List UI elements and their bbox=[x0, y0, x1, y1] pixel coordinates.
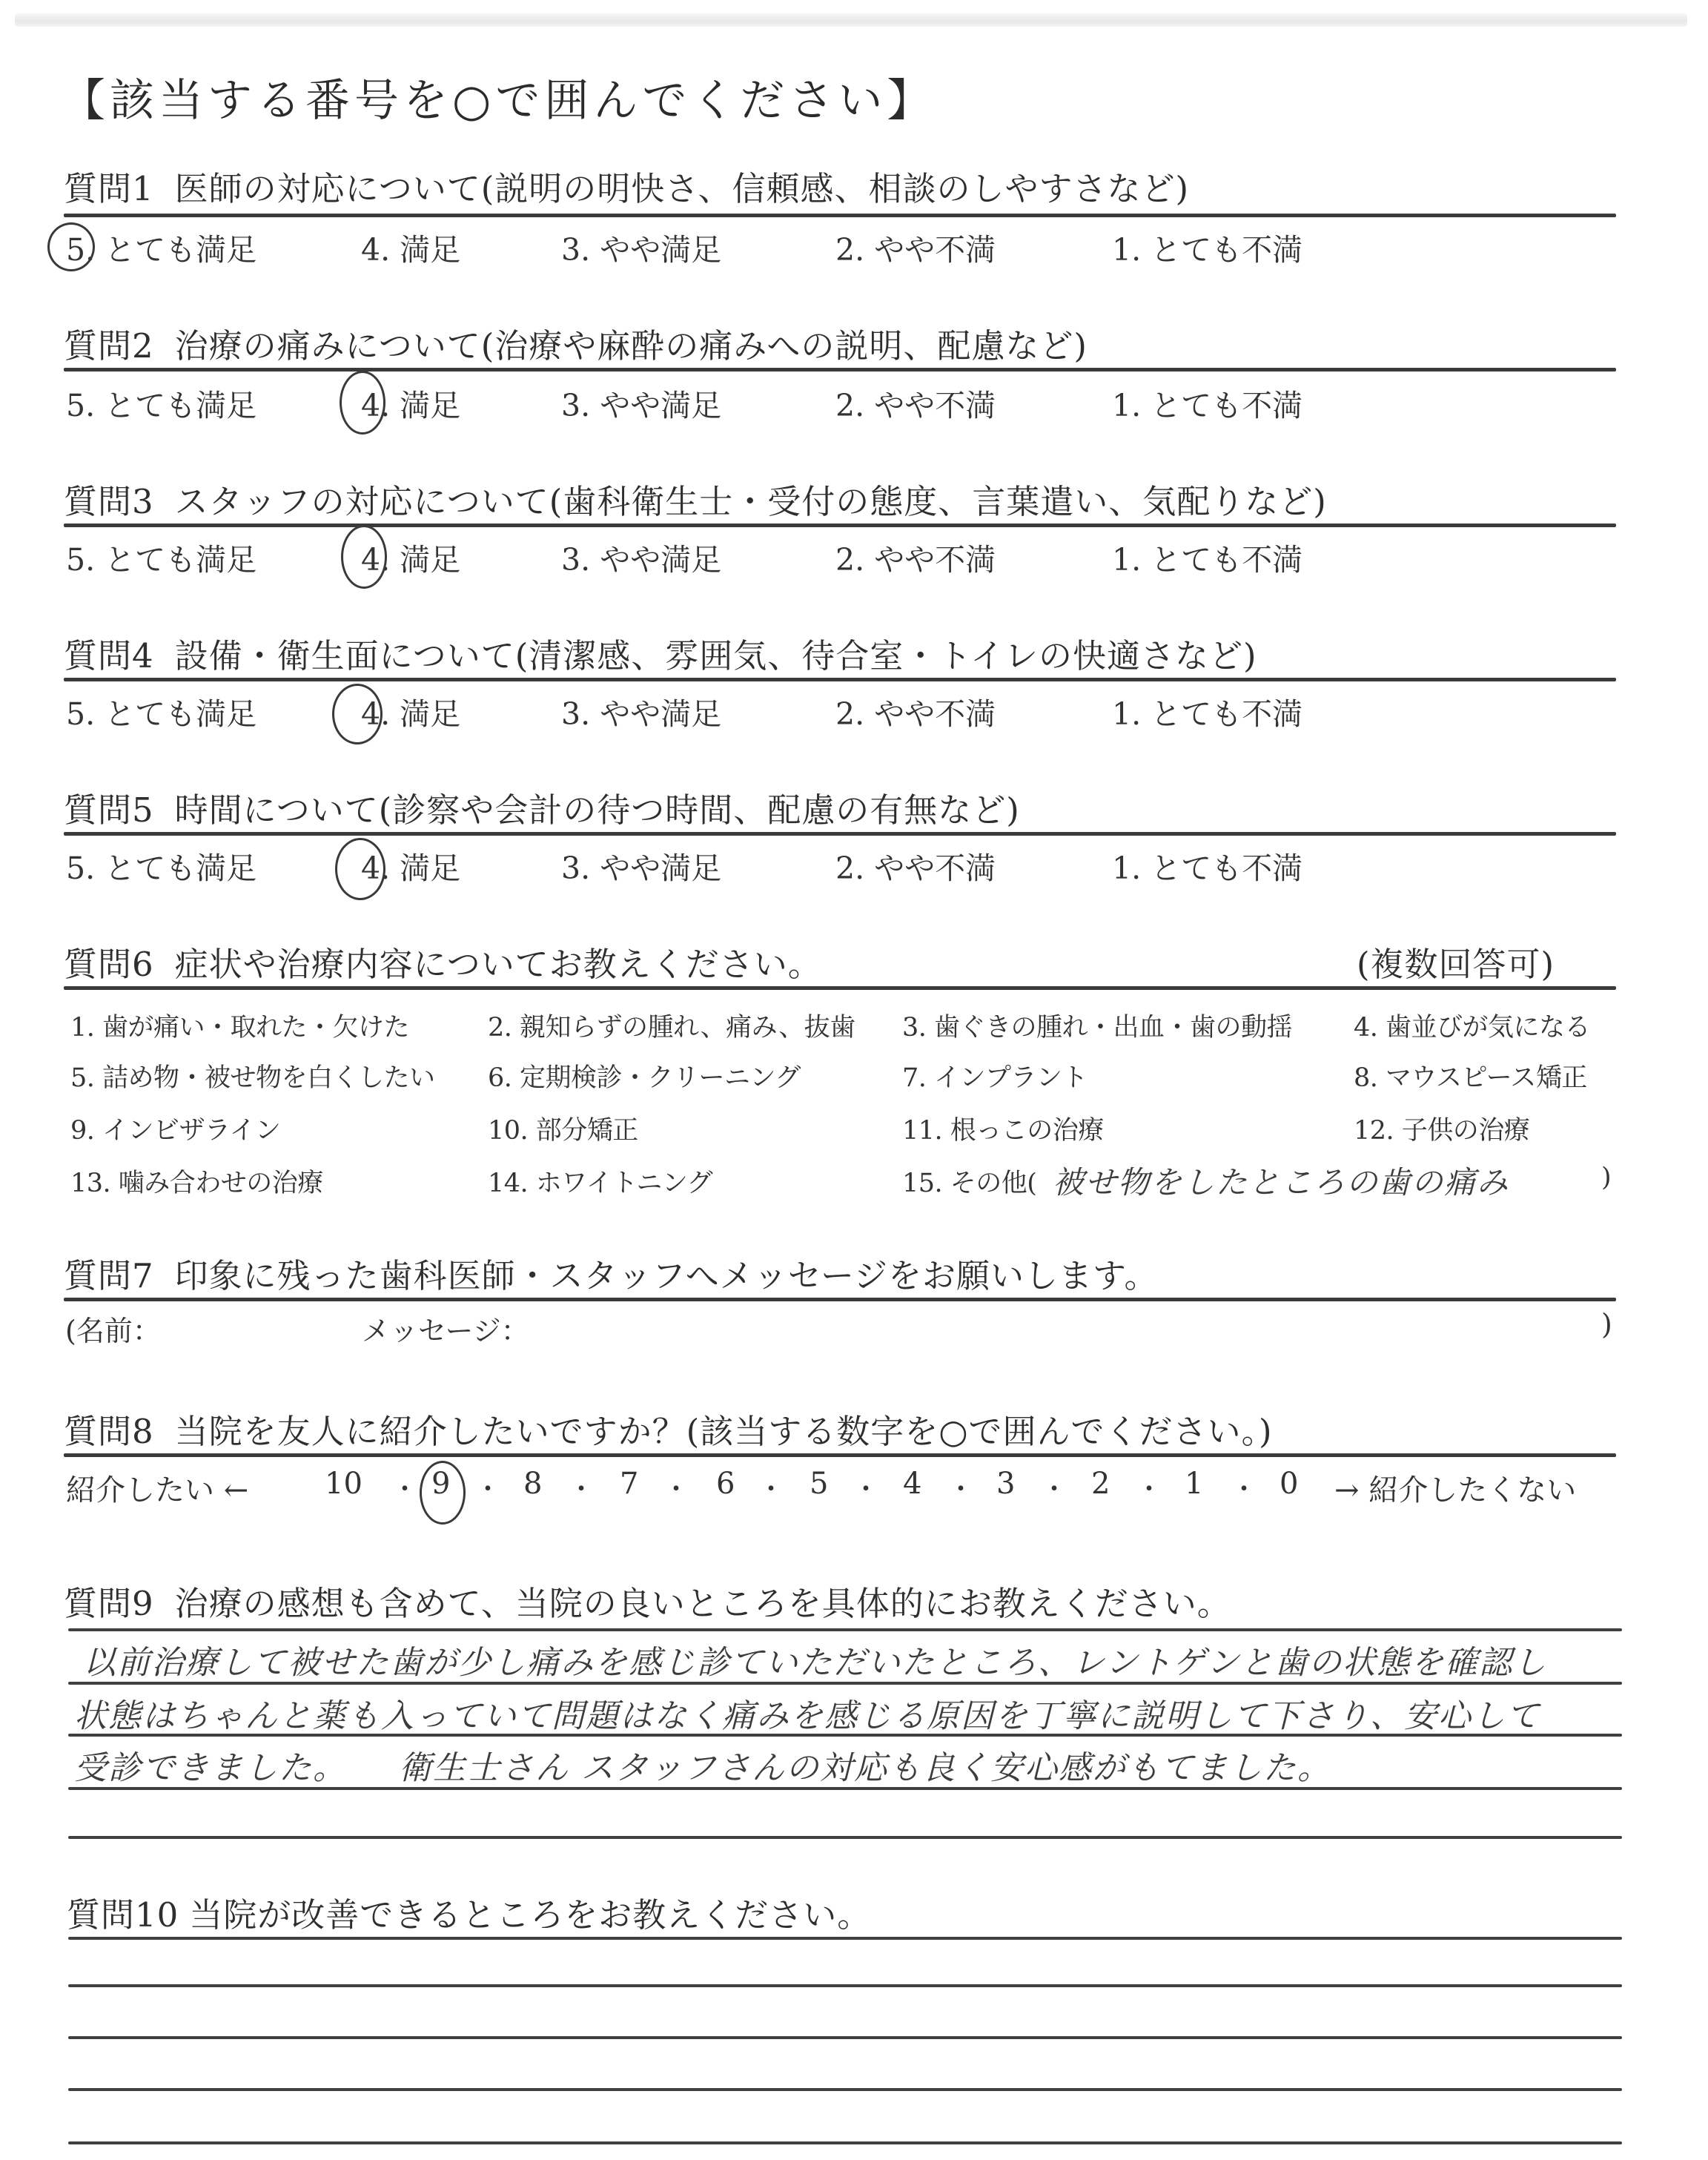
q4-option-5[interactable]: 5. とても満足 bbox=[66, 690, 256, 733]
question-3-number: 質問3 bbox=[64, 482, 154, 521]
q2-option-5[interactable]: 5. とても満足 bbox=[66, 381, 256, 425]
question-2-text: 治療の痛みについて(治療や麻酔の痛みへの説明、配慮など) bbox=[175, 326, 1088, 366]
q1-option-3[interactable]: 3. やや満足 bbox=[561, 225, 721, 269]
separator-dot: ・ bbox=[474, 1468, 501, 1506]
question-2-heading: 質問2治療の痛みについて(治療や麻酔の痛みへの説明、配慮など) bbox=[64, 319, 1088, 367]
q4-selected-circle-mark bbox=[332, 684, 383, 744]
q6-item-7[interactable]: 7. インプラント bbox=[902, 1057, 1088, 1094]
q6-item-11[interactable]: 11. 根っこの治療 bbox=[902, 1110, 1104, 1147]
q6-item-15-other[interactable]: 15. その他( bbox=[902, 1163, 1036, 1200]
q5-option-2[interactable]: 2. やや不満 bbox=[835, 844, 996, 888]
question-5-heading: 質問5時間について(診察や会計の待つ時間、配慮の有無など) bbox=[64, 783, 1020, 831]
q9-answer-line bbox=[68, 1682, 1622, 1685]
question-6-text: 症状や治療内容についてお教えください。 bbox=[175, 945, 822, 984]
q9-answer-line bbox=[68, 1836, 1622, 1839]
q9-answer-line bbox=[68, 1734, 1622, 1737]
q8-score-2[interactable]: 2 bbox=[1091, 1467, 1110, 1501]
q5-option-1[interactable]: 1. とても不満 bbox=[1112, 844, 1302, 888]
question-7-rule bbox=[64, 1298, 1616, 1301]
q5-option-3[interactable]: 3. やや満足 bbox=[561, 844, 721, 888]
question-8-text: 当院を友人に紹介したいですか？(該当する数字を○で囲んでください。) bbox=[175, 1412, 1273, 1451]
question-10-heading: 質問10当院が改善できるところをお教えください。 bbox=[67, 1888, 871, 1936]
q3-option-5[interactable]: 5. とても満足 bbox=[66, 535, 256, 579]
separator-dot: ・ bbox=[853, 1468, 879, 1506]
q6-item-8[interactable]: 8. マウスピース矯正 bbox=[1354, 1057, 1587, 1094]
question-10-number: 質問10 bbox=[67, 1895, 179, 1935]
question-7-text: 印象に残った歯科医師・スタッフへメッセージをお願いします。 bbox=[175, 1256, 1159, 1295]
question-6-heading: 質問6症状や治療内容についてお教えください。 bbox=[64, 937, 822, 985]
q6-other-handwritten-answer[interactable]: 被せ物をしたところの歯の痛み bbox=[1053, 1158, 1509, 1203]
q7-message-field[interactable] bbox=[549, 1305, 1586, 1342]
question-8-number: 質問8 bbox=[64, 1412, 154, 1451]
separator-dot: ・ bbox=[391, 1468, 418, 1506]
separator-dot: ・ bbox=[568, 1468, 595, 1506]
q6-item-6[interactable]: 6. 定期検診・クリーニング bbox=[488, 1057, 801, 1094]
form-title: 【該当する番号を○で囲んでください】 bbox=[61, 65, 936, 129]
q6-item-12[interactable]: 12. 子供の治療 bbox=[1354, 1110, 1529, 1147]
q10-answer-line[interactable] bbox=[68, 1937, 1622, 1940]
scan-top-edge bbox=[15, 13, 1687, 27]
separator-dot: ・ bbox=[663, 1468, 689, 1506]
question-3-rule bbox=[64, 524, 1616, 527]
q8-right-label: → 紹介したくない bbox=[1334, 1467, 1576, 1509]
question-1-text: 医師の対応について(説明の明快さ、信頼感、相談のしやすさなど) bbox=[175, 169, 1189, 208]
separator-dot: ・ bbox=[1231, 1468, 1257, 1506]
q6-item-1[interactable]: 1. 歯が痛い・取れた・欠けた bbox=[70, 1007, 409, 1044]
q8-score-6[interactable]: 6 bbox=[716, 1467, 735, 1501]
q1-option-4[interactable]: 4. 満足 bbox=[361, 225, 460, 269]
q10-answer-line[interactable] bbox=[68, 2036, 1622, 2039]
q1-option-2[interactable]: 2. やや不満 bbox=[835, 225, 996, 269]
question-9-text: 治療の感想も含めて、当院の良いところを具体的にお教えください。 bbox=[175, 1584, 1231, 1623]
q6-item-10[interactable]: 10. 部分矯正 bbox=[488, 1110, 638, 1147]
separator-dot: ・ bbox=[947, 1468, 974, 1506]
question-5-number: 質問5 bbox=[64, 790, 154, 830]
question-7-number: 質問7 bbox=[64, 1256, 154, 1295]
q8-score-7[interactable]: 7 bbox=[620, 1467, 638, 1501]
q8-score-4[interactable]: 4 bbox=[903, 1467, 921, 1501]
question-2-rule bbox=[64, 368, 1616, 371]
q1-selected-circle-mark bbox=[47, 222, 95, 271]
q9-answer-line-2[interactable]: 状態はちゃんと薬も入っていて問題はなく痛みを感じる原因を丁寧に説明して下さり、安… bbox=[74, 1689, 1540, 1737]
q6-item-2[interactable]: 2. 親知らずの腫れ、痛み、抜歯 bbox=[488, 1007, 855, 1044]
q8-score-1[interactable]: 1 bbox=[1185, 1467, 1203, 1501]
question-4-number: 質問4 bbox=[64, 636, 154, 676]
question-3-heading: 質問3スタッフの対応について(歯科衛生士・受付の態度、言葉遣い、気配りなど) bbox=[64, 475, 1327, 523]
question-6-number: 質問6 bbox=[64, 945, 154, 984]
question-4-text: 設備・衛生面について(清潔感、雰囲気、待合室・トイレの快適さなど) bbox=[175, 636, 1257, 676]
q2-option-1[interactable]: 1. とても不満 bbox=[1112, 381, 1302, 425]
q3-selected-circle-mark bbox=[341, 525, 387, 589]
q9-answer-line bbox=[68, 1628, 1622, 1631]
q9-answer-line-3[interactable]: 受診できました。 衛生士さん スタッフさんの対応も良く安心感がもてました。 bbox=[74, 1741, 1331, 1789]
question-1-number: 質問1 bbox=[64, 169, 154, 208]
q4-option-2[interactable]: 2. やや不満 bbox=[835, 690, 996, 733]
q10-answer-line[interactable] bbox=[68, 2141, 1622, 2144]
question-1-rule bbox=[64, 214, 1616, 217]
q7-close-paren: ) bbox=[1601, 1308, 1612, 1341]
question-6-rule bbox=[64, 986, 1616, 990]
separator-dot: ・ bbox=[758, 1468, 784, 1506]
q8-score-8[interactable]: 8 bbox=[523, 1467, 542, 1501]
q5-option-5[interactable]: 5. とても満足 bbox=[66, 844, 256, 888]
q3-option-2[interactable]: 2. やや不満 bbox=[835, 535, 996, 579]
question-2-number: 質問2 bbox=[64, 326, 154, 366]
q8-score-3[interactable]: 3 bbox=[996, 1467, 1015, 1501]
q6-item-13[interactable]: 13. 噛み合わせの治療 bbox=[70, 1163, 323, 1200]
question-9-heading: 質問9治療の感想も含めて、当院の良いところを具体的にお教えください。 bbox=[64, 1576, 1231, 1625]
q7-name-label: (名前： bbox=[65, 1308, 161, 1349]
q3-option-1[interactable]: 1. とても不満 bbox=[1112, 535, 1302, 579]
q6-other-close-paren: ) bbox=[1601, 1163, 1611, 1192]
q2-option-3[interactable]: 3. やや満足 bbox=[561, 381, 721, 425]
q1-option-1[interactable]: 1. とても不満 bbox=[1112, 225, 1302, 269]
q7-name-field[interactable] bbox=[222, 1305, 341, 1342]
q9-answer-line bbox=[68, 1787, 1622, 1790]
question-10-text: 当院が改善できるところをお教えください。 bbox=[189, 1895, 871, 1935]
q6-item-9[interactable]: 9. インビザライン bbox=[70, 1110, 280, 1147]
question-1-heading: 質問1医師の対応について(説明の明快さ、信頼感、相談のしやすさなど) bbox=[64, 162, 1189, 210]
question-7-heading: 質問7印象に残った歯科医師・スタッフへメッセージをお願いします。 bbox=[64, 1249, 1158, 1297]
question-3-text: スタッフの対応について(歯科衛生士・受付の態度、言葉遣い、気配りなど) bbox=[175, 482, 1327, 521]
q8-score-5[interactable]: 5 bbox=[810, 1467, 828, 1501]
q8-selected-circle-mark bbox=[420, 1461, 466, 1525]
q6-item-3[interactable]: 3. 歯ぐきの腫れ・出血・歯の動揺 bbox=[902, 1007, 1292, 1044]
question-6-multiple-answer-note: (複数回答可) bbox=[1357, 937, 1555, 985]
q8-left-label: 紹介したい ← bbox=[66, 1467, 248, 1509]
q4-option-1[interactable]: 1. とても不満 bbox=[1112, 690, 1302, 733]
q5-selected-circle-mark bbox=[335, 838, 385, 900]
question-5-text: 時間について(診察や会計の待つ時間、配慮の有無など) bbox=[175, 790, 1020, 830]
q10-answer-line[interactable] bbox=[68, 2088, 1622, 2091]
q2-option-2[interactable]: 2. やや不満 bbox=[835, 381, 996, 425]
question-8-rule bbox=[64, 1453, 1616, 1457]
q8-score-0[interactable]: 0 bbox=[1280, 1467, 1298, 1501]
q6-item-5[interactable]: 5. 詰め物・被せ物を白くしたい bbox=[70, 1057, 435, 1094]
question-4-rule bbox=[64, 678, 1616, 681]
question-8-heading: 質問8当院を友人に紹介したいですか？(該当する数字を○で囲んでください。) bbox=[64, 1404, 1273, 1453]
q6-item-14[interactable]: 14. ホワイトニング bbox=[488, 1163, 712, 1200]
question-9-number: 質問9 bbox=[64, 1584, 154, 1623]
question-4-heading: 質問4設備・衛生面について(清潔感、雰囲気、待合室・トイレの快適さなど) bbox=[64, 629, 1257, 677]
q8-score-10[interactable]: 10 bbox=[325, 1467, 363, 1501]
q6-item-4[interactable]: 4. 歯並びが気になる bbox=[1354, 1007, 1590, 1044]
q7-message-label: メッセージ： bbox=[362, 1308, 529, 1349]
question-5-rule bbox=[64, 832, 1616, 836]
q2-selected-circle-mark bbox=[340, 371, 385, 435]
q9-answer-line-1[interactable]: 以前治療して被せた歯が少し痛みを感じ診ていただいたところ、レントゲンと歯の状態を… bbox=[83, 1636, 1547, 1683]
separator-dot: ・ bbox=[1041, 1468, 1067, 1506]
q10-answer-line[interactable] bbox=[68, 1984, 1622, 1987]
separator-dot: ・ bbox=[1136, 1468, 1162, 1506]
q3-option-3[interactable]: 3. やや満足 bbox=[561, 535, 721, 579]
q4-option-3[interactable]: 3. やや満足 bbox=[561, 690, 721, 733]
